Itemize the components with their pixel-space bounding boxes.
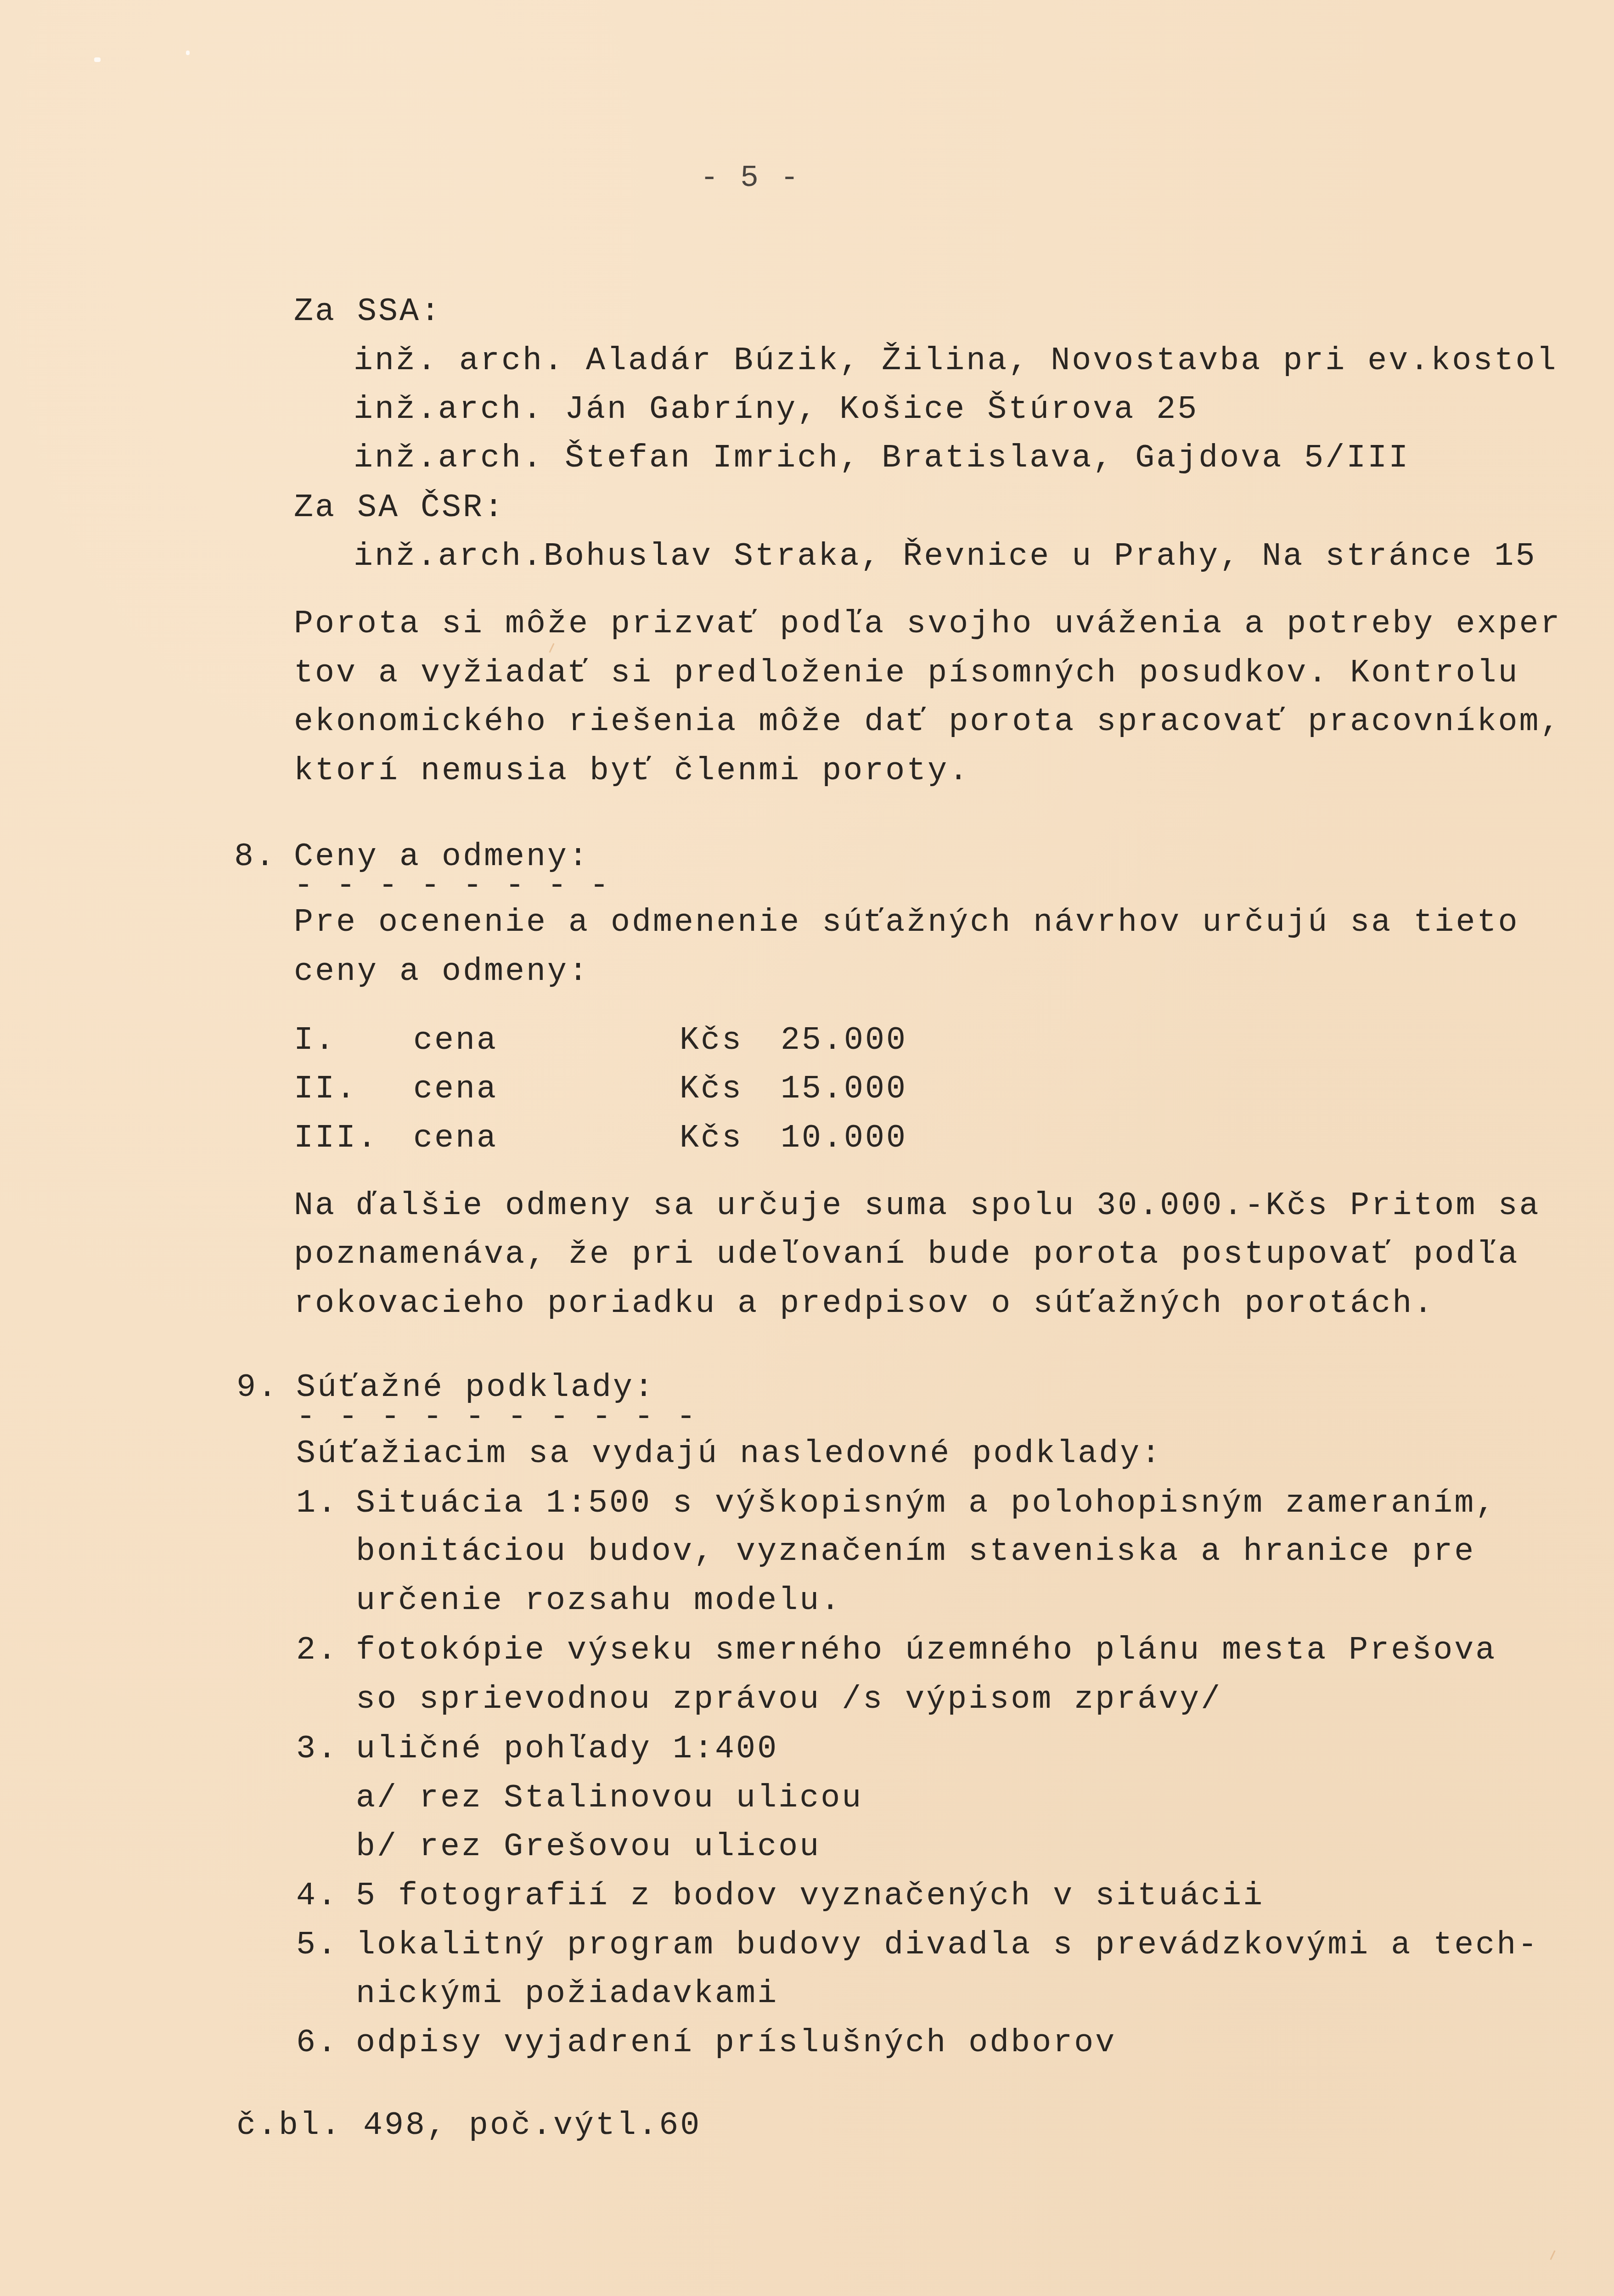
list-item-line: uličné pohľady 1:400 [356,1733,778,1766]
list-item-line: 5 fotografií z bodov vyznačených v situá… [356,1880,1264,1913]
list-item-line: fotokópie výseku smerného územného plánu… [356,1635,1496,1667]
list-number: 2. [296,1635,338,1667]
page-number: - 5 - [700,163,800,193]
section-8-intro: ceny a odmeny: [294,956,590,988]
sa-csr-heading: Za SA ČSR: [294,492,505,524]
section-9-number: 9. [236,1372,279,1404]
jury-member: inž.arch. Ján Gabríny, Košice Štúrova 25 [354,394,1198,426]
jury-member: inž. arch. Aladár Búzik, Žilina, Novosta… [354,345,1558,377]
prize-rank: III. [294,1123,378,1155]
list-number: 1. [296,1488,338,1520]
list-item-line: so sprievodnou zprávou /s výpisom zprávy… [356,1684,1222,1716]
prize-label: cena [413,1025,498,1057]
prize-amount: 10.000 [781,1123,907,1155]
prize-currency: Kčs [680,1074,743,1106]
ssa-heading: Za SSA: [294,296,442,328]
note-line: poznamenáva, že pri udeľovaní bude porot… [294,1239,1519,1271]
prize-amount: 15.000 [781,1074,907,1106]
section-8-underline: - - - - - - - - [294,870,611,902]
paragraph-line: ktorí nemusia byť členmi poroty. [294,755,970,788]
list-number: 4. [296,1880,338,1913]
paragraph-line: tov a vyžiadať si predloženie písomných … [294,658,1519,690]
list-number: 3. [296,1733,338,1766]
jury-member: inž.arch.Bohuslav Straka, Řevnice u Prah… [354,541,1536,573]
list-item-line: určenie rozsahu modelu. [356,1585,842,1617]
prize-label: cena [413,1074,498,1106]
paragraph-line: Porota si môže prizvať podľa svojho uváž… [294,608,1561,641]
section-8-number: 8. [234,841,276,873]
document-footer: č.bl. 498, poč.výtl.60 [236,2110,701,2142]
jury-member: inž.arch. Štefan Imrich, Bratislava, Gaj… [354,443,1410,475]
list-item-line: a/ rez Stalinovou ulicou [356,1783,863,1815]
prize-currency: Kčs [680,1123,743,1155]
prize-rank: II. [294,1074,357,1106]
section-8-intro: Pre ocenenie a odmenenie súťažných návrh… [294,907,1519,939]
list-item-line: lokalitný program budovy divadla s prevá… [356,1930,1539,1962]
section-9-underline: - - - - - - - - - - [296,1401,697,1434]
paragraph-line: ekonomického riešenia môže dať porota sp… [294,706,1561,738]
list-item-line: Situácia 1:500 s výškopisným a polohopis… [356,1488,1496,1520]
prize-rank: I. [294,1025,336,1057]
list-number: 6. [296,2027,338,2060]
note-line: rokovacieho poriadku a predpisov o súťaž… [294,1288,1434,1320]
prize-label: cena [413,1123,498,1155]
list-item-line: odpisy vyjadrení príslušných odborov [356,2027,1116,2060]
list-item-line: bonitáciou budov, vyznačením staveniska … [356,1536,1475,1568]
section-9-intro: Súťažiacim sa vydajú nasledovné podklady… [296,1438,1162,1470]
prize-amount: 25.000 [781,1025,907,1057]
list-item-line: b/ rez Grešovou ulicou [356,1831,821,1863]
list-number: 5. [296,1930,338,1962]
list-item-line: nickými požiadavkami [356,1978,778,2010]
prize-currency: Kčs [680,1025,743,1057]
note-line: Na ďalšie odmeny sa určuje suma spolu 30… [294,1190,1540,1222]
